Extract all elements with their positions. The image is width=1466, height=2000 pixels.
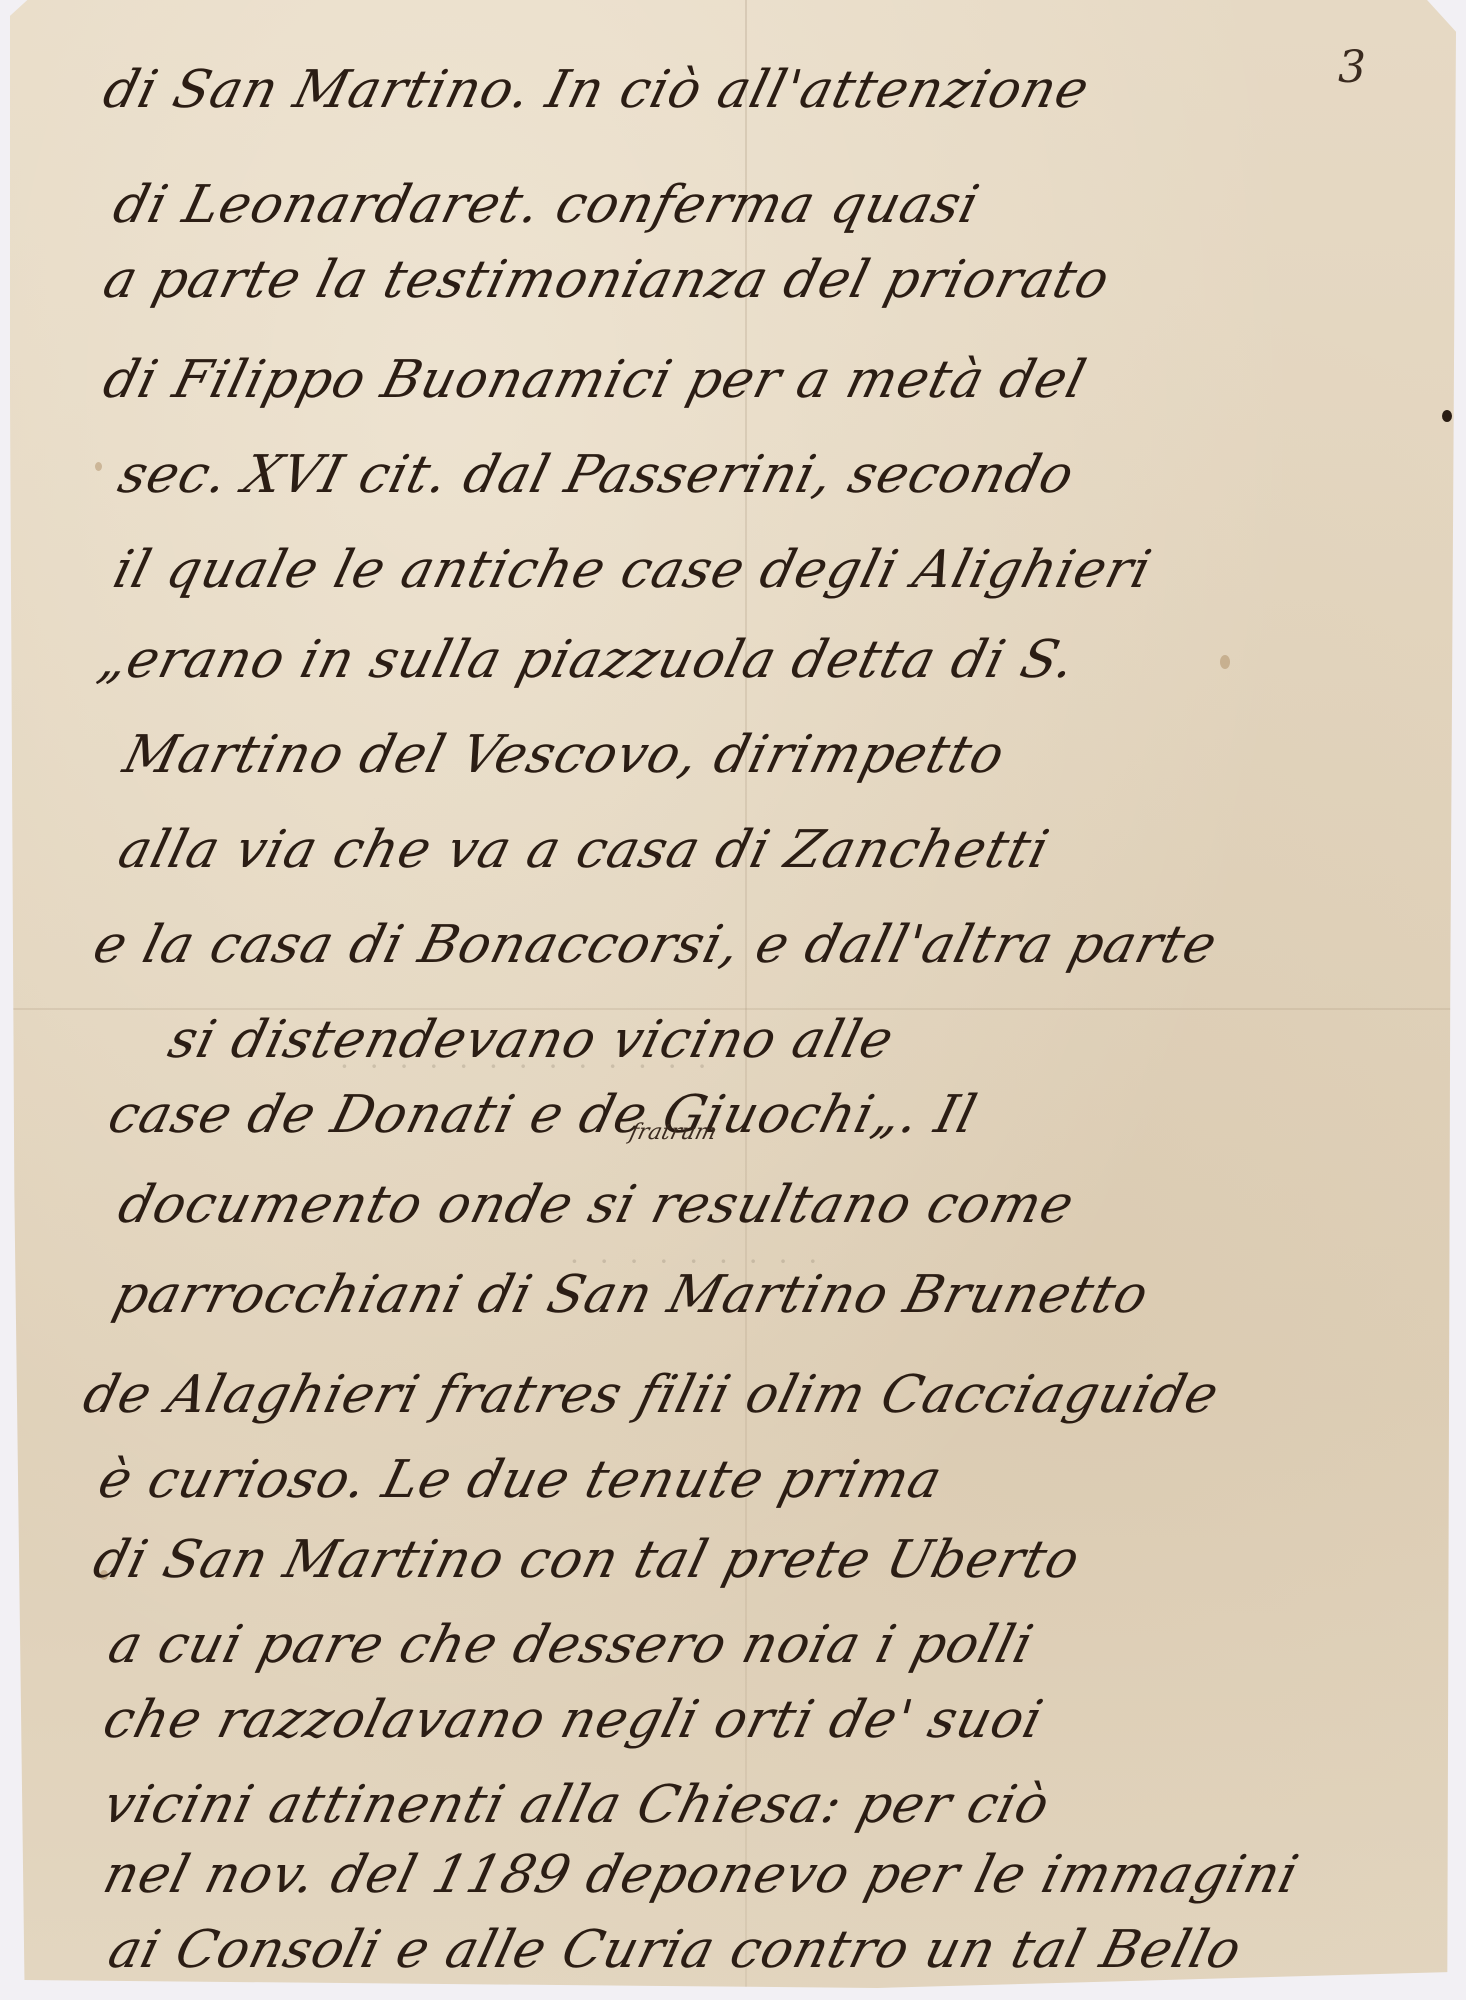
manuscript-line: Martino del Vescovo, dirimpetto	[3, 725, 1466, 785]
manuscript-line: vicini attinenti alla Chiesa: per ciò	[3, 1775, 1466, 1835]
manuscript-line: nel nov. del 1189 deponevo per le immagi…	[3, 1845, 1466, 1905]
manuscript-line: de Alaghieri fratres filii olim Cacciagu…	[3, 1365, 1466, 1425]
manuscript-line: sec. XVI cit. dal Passerini, secondo	[3, 445, 1466, 505]
manuscript-line: documento onde si resultano come	[3, 1175, 1466, 1235]
manuscript-line: case de Donati e de Giuochi„. Il	[3, 1085, 1466, 1145]
manuscript-line: di San Martino con tal prete Uberto	[3, 1530, 1466, 1590]
manuscript-line: si distendevano vicino alle	[3, 1010, 1466, 1070]
manuscript-line: di San Martino. In ciò all'attenzione	[3, 60, 1466, 120]
manuscript-line: alla via che va a casa di Zanchetti	[3, 820, 1466, 880]
manuscript-line: „erano in sulla piazzuola detta di S.	[3, 630, 1466, 690]
manuscript-line: il quale le antiche case degli Alighieri	[3, 540, 1466, 600]
manuscript-line: è curioso. Le due tenute prima	[3, 1450, 1466, 1510]
manuscript-line: ai Consoli e alle Curia contro un tal Be…	[3, 1920, 1466, 1980]
manuscript-line: e la casa di Bonaccorsi, e dall'altra pa…	[3, 915, 1466, 975]
manuscript-line: parrocchiani di San Martino Brunetto	[3, 1265, 1466, 1325]
manuscript-line: di Leonardaret. conferma quasi	[3, 175, 1466, 235]
manuscript-line: di Filippo Buonamici per a metà del	[3, 350, 1466, 410]
margin-ink-dot	[1442, 410, 1452, 422]
interlinear-insertion: fratrum	[627, 1120, 719, 1145]
manuscript-line: a parte la testimonianza del priorato	[3, 250, 1466, 310]
manuscript-line: che razzolavano negli orti de' suoi	[3, 1690, 1466, 1750]
manuscript-page: · · · · · · · · · · · · · · · · · · · · …	[10, 0, 1456, 1988]
manuscript-line: a cui pare che dessero noia i polli	[3, 1615, 1466, 1675]
